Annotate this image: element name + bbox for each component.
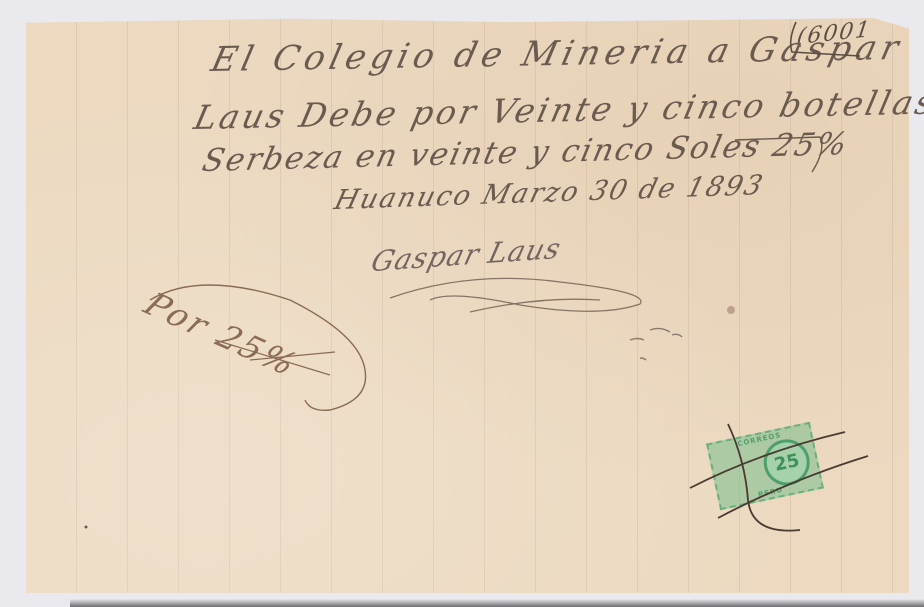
margin-note-underline [215,340,335,375]
reference-bracket [791,22,860,56]
ink-marks [630,328,682,360]
amount-bracket [735,137,822,172]
signature-flourish [390,278,641,312]
stamp-cancel-lines [690,424,868,531]
ink-dot [85,526,88,529]
margin-note-oval [150,285,366,410]
ink-strokes [0,0,924,607]
ink-spot [727,306,735,314]
